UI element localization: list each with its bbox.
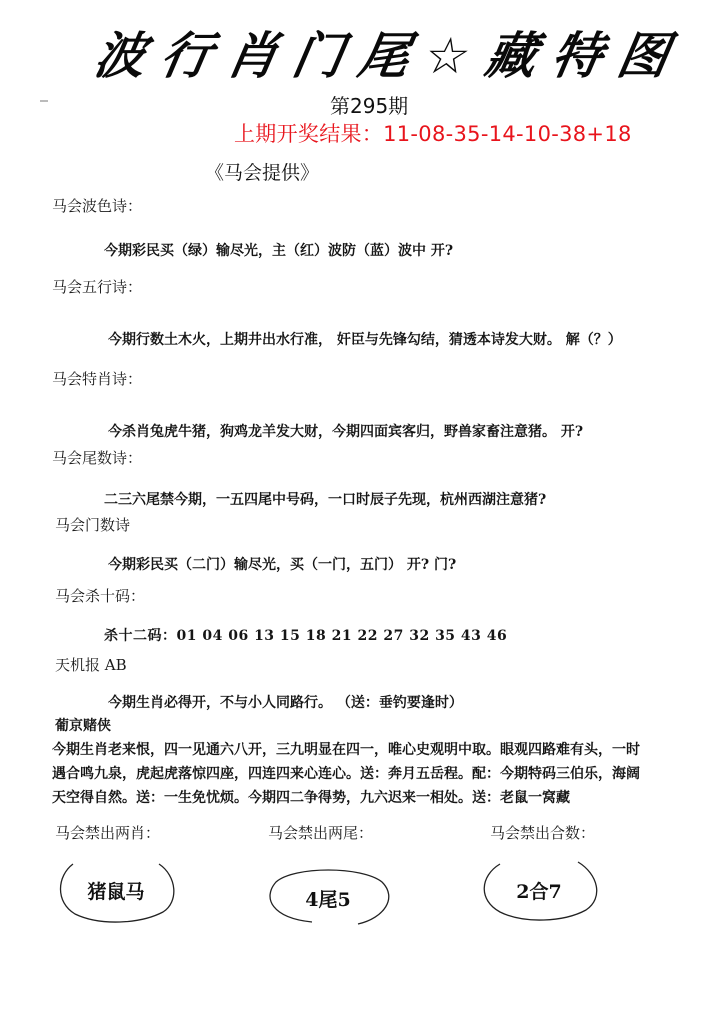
last-result-numbers: 11-08-35-14-10-38+18: [383, 122, 632, 146]
section-heading-five-elements: 马会五行诗：: [52, 276, 142, 297]
ban-value-tail: 4尾5: [305, 885, 350, 912]
section-body-door-number: 今期彩民买（二门）输尽光，买（一门，五门） 开? 门?: [108, 554, 456, 574]
poem-heading: 葡京赌侠: [55, 715, 111, 735]
ban-label-zodiac: 马会禁出两肖：: [55, 822, 160, 843]
poem-line: 遇合鸣九泉，虎起虎落惊四座，四连四来心连心。送：奔月五岳程。配：今期特码三伯乐，…: [52, 762, 692, 786]
ban-label-tail: 马会禁出两尾：: [268, 822, 373, 843]
issue-number: 第295期: [330, 90, 408, 119]
page-title: 波行肖门尾☆藏特图: [90, 16, 692, 88]
provider-caption: 《马会提供》: [205, 158, 319, 185]
section-body-kill-numbers: 杀十二码：01 04 06 13 15 18 21 22 27 32 35 43…: [104, 625, 507, 645]
last-result: 上期开奖结果：11-08-35-14-10-38+18: [234, 118, 632, 148]
ban-value-zodiac-oval: 猪鼠马: [55, 858, 177, 922]
poem-line: 今期生肖老来恨，四一见通六八开，三九明显在四一，唯心史观明中取。眼观四路难有头，…: [52, 738, 692, 762]
scan-speck: [40, 100, 48, 102]
section-body-special-zodiac: 今杀肖兔虎牛猪，狗鸡龙羊发大财，今期四面宾客归，野兽家畜注意猪。 开?: [108, 421, 583, 441]
ban-label-sum: 马会禁出合数：: [490, 822, 595, 843]
last-result-label: 上期开奖结果：: [234, 122, 383, 146]
poem-line: 天空得自然。送：一生免忧烦。今期四二争得势，九六迟来一相处。送：老鼠一窝藏: [52, 786, 692, 810]
section-body-oracle: 今期生肖必得开，不与小人同路行。 （送：垂钓要逢时）: [108, 692, 463, 712]
section-heading-wave-color: 马会波色诗：: [52, 195, 142, 216]
poem-paragraph: 今期生肖老来恨，四一见通六八开，三九明显在四一，唯心史观明中取。眼观四路难有头，…: [52, 738, 692, 810]
section-body-wave-color: 今期彩民买（绿）输尽光，主（红）波防（蓝）波中 开?: [104, 240, 453, 260]
section-heading-special-zodiac: 马会特肖诗：: [52, 368, 142, 389]
section-heading-tail-number: 马会尾数诗：: [52, 447, 142, 468]
section-heading-kill-numbers: 马会杀十码：: [55, 585, 145, 606]
ban-value-sum-oval: 2合7: [478, 858, 600, 922]
section-heading-door-number: 马会门数诗: [55, 514, 130, 535]
section-body-tail-number: 二三六尾禁今期，一五四尾中号码，一口时辰子先现，杭州西湖注意猪?: [104, 489, 546, 509]
ban-value-tail-oval: 4尾5: [262, 868, 394, 928]
ban-value-sum: 2合7: [516, 877, 561, 904]
section-body-five-elements: 今期行数土木火，上期井出水行准， 奸臣与先锋勾结，猜透本诗发大财。 解（？）: [108, 329, 622, 349]
section-heading-oracle: 天机报 AB: [55, 654, 127, 675]
ban-value-zodiac: 猪鼠马: [87, 877, 144, 904]
